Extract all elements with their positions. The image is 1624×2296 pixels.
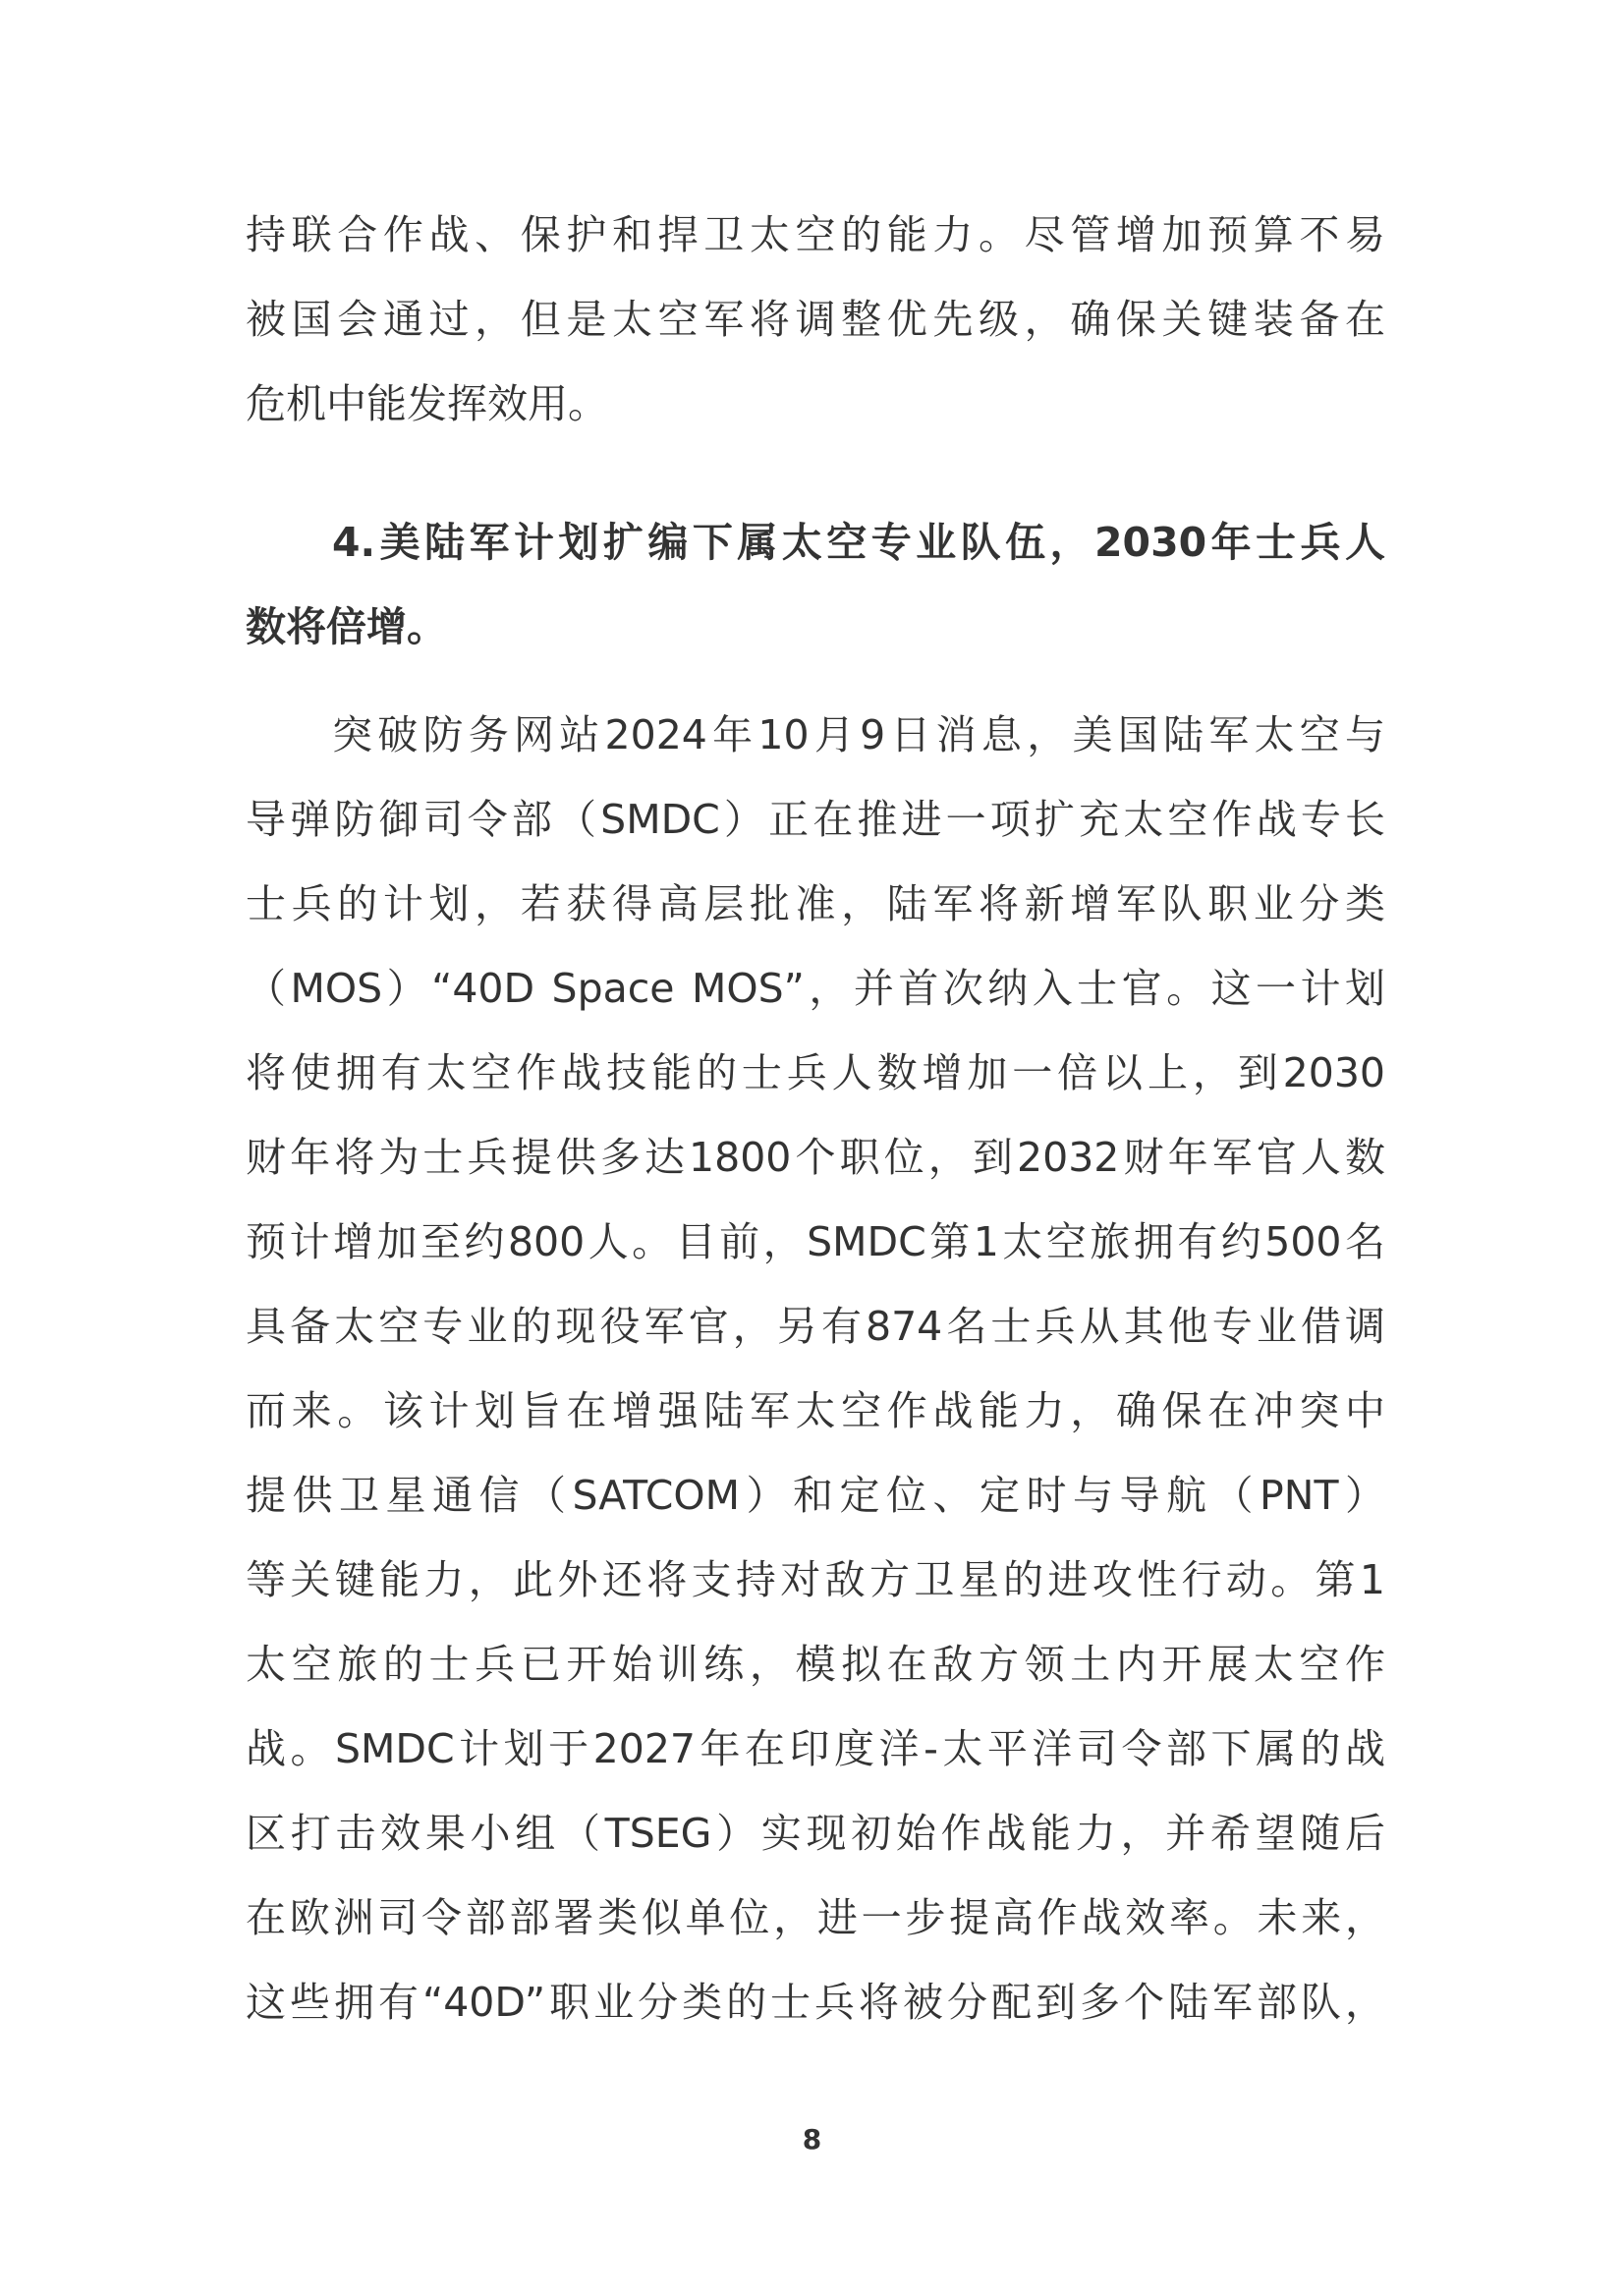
heading-line: 数将倍增。	[246, 585, 1385, 669]
paragraph-line: 财年将为士兵提供多达1800个职位，到2032财年军官人数	[246, 1115, 1385, 1200]
paragraph-line: 而来。该计划旨在增强陆军太空作战能力，确保在冲突中	[246, 1369, 1385, 1453]
paragraph-line: 危机中能发挥效用。	[246, 362, 1385, 446]
paragraph-line: 被国会通过，但是太空军将调整优先级，确保关键装备在	[246, 277, 1385, 362]
paragraph-line: 区打击效果小组（TSEG）实现初始作战能力，并希望随后	[246, 1791, 1385, 1876]
paragraph-line: 预计增加至约800人。目前，SMDC第1太空旅拥有约500名	[246, 1200, 1385, 1284]
paragraph-line: 持联合作战、保护和捍卫太空的能力。尽管增加预算不易	[246, 193, 1385, 277]
paragraph-line: 士兵的计划，若获得高层批准，陆军将新增军队职业分类	[246, 862, 1385, 946]
paragraph-line: 等关键能力，此外还将支持对敌方卫星的进攻性行动。第1	[246, 1538, 1385, 1622]
paragraph-line: 太空旅的士兵已开始训练，模拟在敌方领土内开展太空作	[246, 1622, 1385, 1707]
paragraph-line: 这些拥有“40D”职业分类的士兵将被分配到多个陆军部队，	[246, 1960, 1385, 2044]
paragraph-line: 将使拥有太空作战技能的士兵人数增加一倍以上，到2030	[246, 1031, 1385, 1115]
paragraph-line: 导弹防御司令部（SMDC）正在推进一项扩充太空作战专长	[246, 777, 1385, 862]
paragraph-line: （MOS）“40D Space MOS”，并首次纳入士官。这一计划	[246, 946, 1385, 1031]
page-number: 8	[0, 2120, 1624, 2159]
paragraph-line: 具备太空专业的现役军官，另有874名士兵从其他专业借调	[246, 1284, 1385, 1369]
heading-line: 4.美陆军计划扩编下属太空专业队伍，2030年士兵人	[246, 500, 1385, 585]
continuation-paragraph: 持联合作战、保护和捍卫太空的能力。尽管增加预算不易 被国会通过，但是太空军将调整…	[246, 193, 1385, 446]
section-heading: 4.美陆军计划扩编下属太空专业队伍，2030年士兵人 数将倍增。	[246, 500, 1385, 669]
document-page: 持联合作战、保护和捍卫太空的能力。尽管增加预算不易 被国会通过，但是太空军将调整…	[0, 0, 1624, 2296]
paragraph-line: 在欧洲司令部部署类似单位，进一步提高作战效率。未来，	[246, 1876, 1385, 1960]
body-paragraph: 突破防务网站2024年10月9日消息，美国陆军太空与 导弹防御司令部（SMDC）…	[246, 693, 1385, 2044]
paragraph-line: 突破防务网站2024年10月9日消息，美国陆军太空与	[246, 693, 1385, 777]
paragraph-line: 提供卫星通信（SATCOM）和定位、定时与导航（PNT）	[246, 1453, 1385, 1538]
paragraph-line: 战。SMDC计划于2027年在印度洋-太平洋司令部下属的战	[246, 1707, 1385, 1791]
